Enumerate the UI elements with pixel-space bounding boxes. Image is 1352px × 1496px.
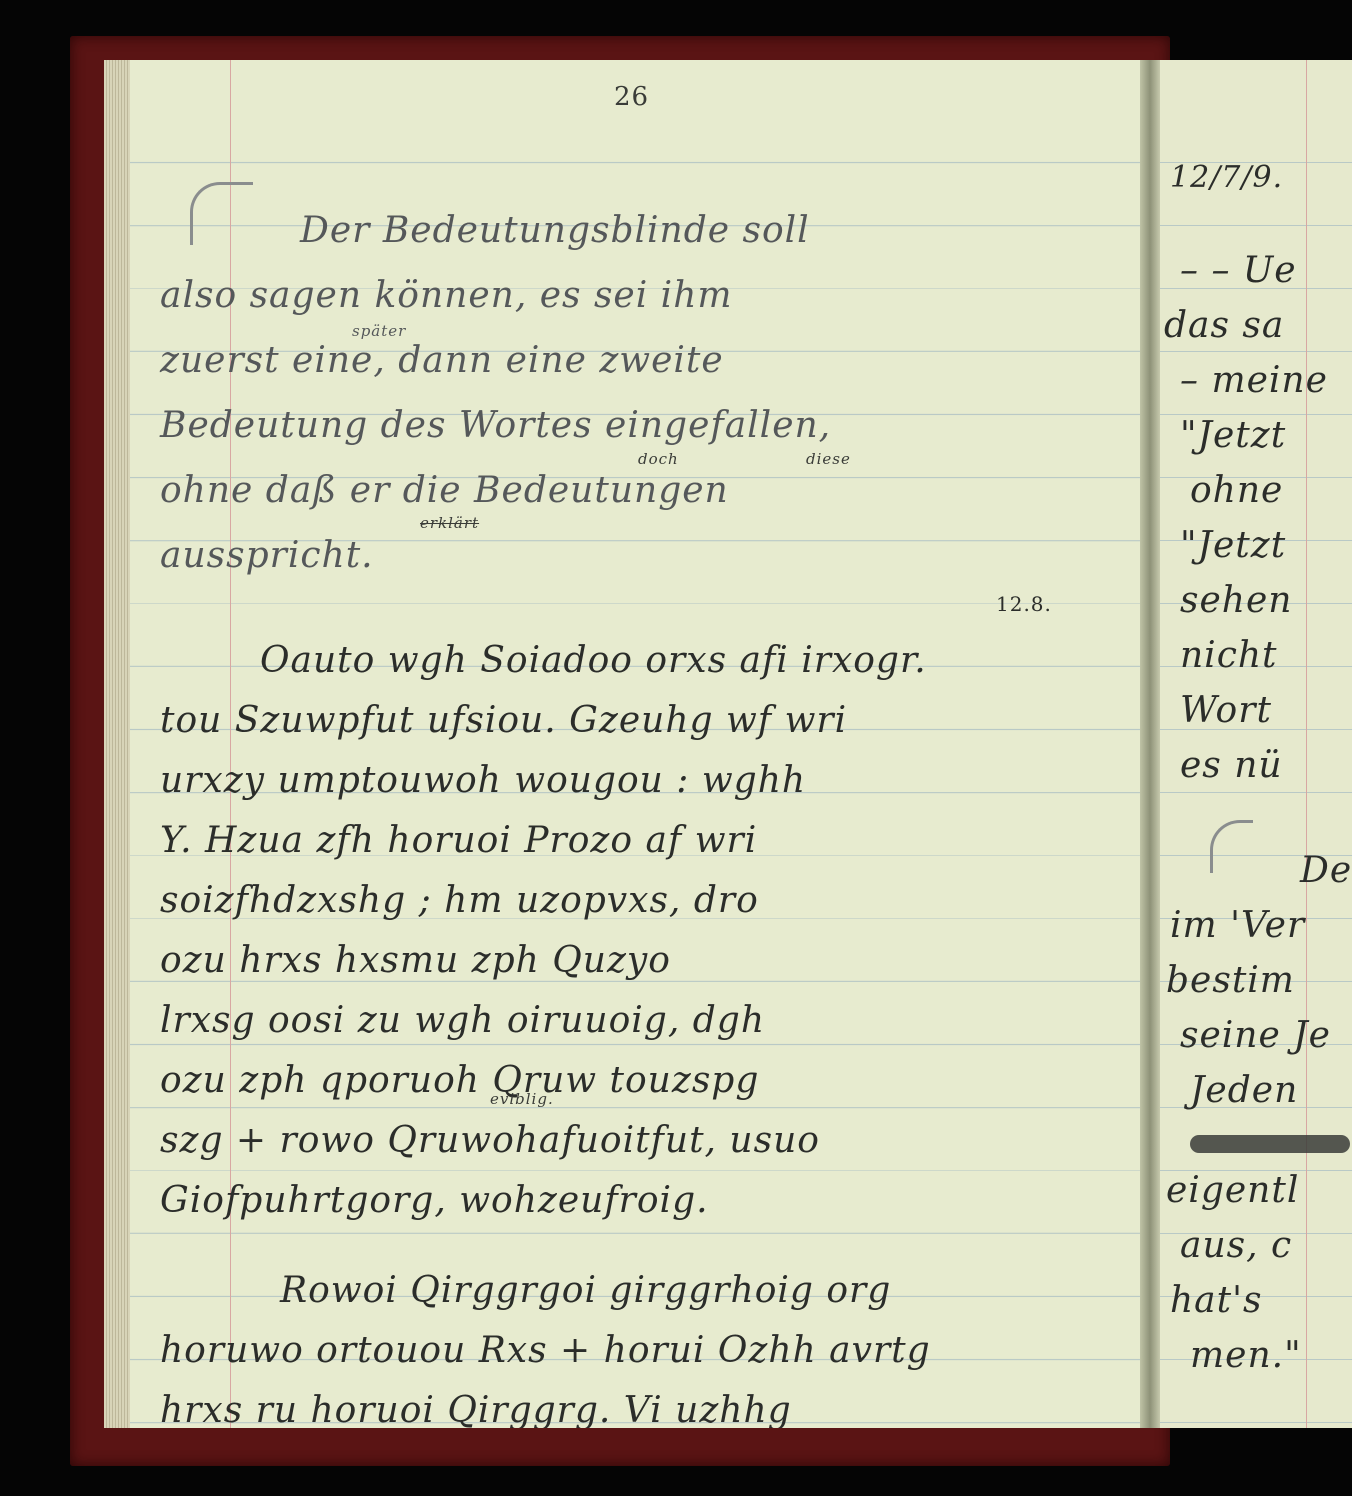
text-line: es nü [1180, 745, 1283, 786]
text-line: ohne [1190, 470, 1283, 511]
coded-line: tou Szuwpfut ufsiou. Gzeuhg wf wri [160, 700, 847, 741]
text-line: De [1300, 850, 1352, 891]
left-page: 26 später doch diese erklärt Der Bedeutu… [130, 60, 1140, 1428]
text-line: im 'Ver [1170, 905, 1305, 946]
insertion: diese [806, 450, 851, 468]
text-line: nicht [1180, 635, 1278, 676]
insertion: eviblig. [490, 1090, 554, 1108]
coded-line: ozu zph qporuoh Qruw touzspg [160, 1060, 759, 1101]
text-line: Jeden [1190, 1070, 1298, 1111]
text-line: also sagen können, es sei ihm [160, 275, 733, 316]
page-number: 26 [614, 82, 649, 112]
text-line: – – Ue [1180, 250, 1297, 291]
insertion: erklärt [420, 514, 479, 532]
insertion: doch [638, 450, 679, 468]
text-line: aus, c [1180, 1225, 1292, 1266]
text-line: – meine [1180, 360, 1328, 401]
coded-line: soizfhdzxshg ; hm uzopvxs, dro [160, 880, 759, 921]
coded-line: Y. Hzua zfh horuoi Prozo af wri [160, 820, 757, 861]
entry-date: 12/7/9. [1170, 160, 1283, 195]
text-line: bestim [1166, 960, 1295, 1001]
text-line: ohne daß er die Bedeutungen [160, 470, 729, 511]
section-mark-icon [190, 182, 253, 245]
scribbled-out-word [1190, 1135, 1350, 1153]
text-line: Wort [1180, 690, 1272, 731]
coded-line: hrxs ru horuoi Qirggrg. Vi uzhhg [160, 1390, 792, 1428]
text-line: men." [1190, 1335, 1302, 1376]
text-line: seine Je [1180, 1015, 1331, 1056]
coded-line: szg + rowo Qruwohafuoitfut, usuo [160, 1120, 820, 1161]
right-page: 12/7/9. – – Ue das sa – meine "Jetzt ohn… [1160, 60, 1352, 1428]
text-line: Der Bedeutungsblinde soll [300, 210, 810, 251]
text-line: eigentl [1166, 1170, 1299, 1211]
text-line: ausspricht. [160, 535, 374, 576]
entry-date: 12.8. [996, 592, 1052, 616]
text-line: "Jetzt [1180, 415, 1286, 456]
text-line: das sa [1164, 305, 1284, 346]
margin-line [1306, 60, 1307, 1428]
coded-line: horuwo ortouou Rxs + horui Ozhh avrtg [160, 1330, 931, 1371]
text-line: sehen [1180, 580, 1292, 621]
coded-line: lrxsg oosi zu wgh oiruuoig, dgh [160, 1000, 765, 1041]
text-line: zuerst eine, dann eine zweite [160, 340, 724, 381]
text-line: Bedeutung des Wortes eingefallen, [160, 405, 831, 446]
text-line: hat's [1170, 1280, 1263, 1321]
insertion: später [352, 322, 406, 340]
margin-line [230, 60, 231, 1428]
coded-line: Giofpuhrtgorg, wohzeufroig. [160, 1180, 709, 1221]
gutter [1140, 60, 1160, 1428]
text-line: "Jetzt [1180, 525, 1286, 566]
ruled-lines [130, 60, 1140, 1428]
coded-line: Oauto wgh Soiadoo orxs afi irxogr. [260, 640, 927, 681]
coded-line: urxzy umptouwoh wougou : wghh [160, 760, 806, 801]
coded-line: ozu hrxs hxsmu zph Quzyo [160, 940, 671, 981]
coded-line: Rowoi Qirggrgoi girggrhoig org [280, 1270, 891, 1311]
